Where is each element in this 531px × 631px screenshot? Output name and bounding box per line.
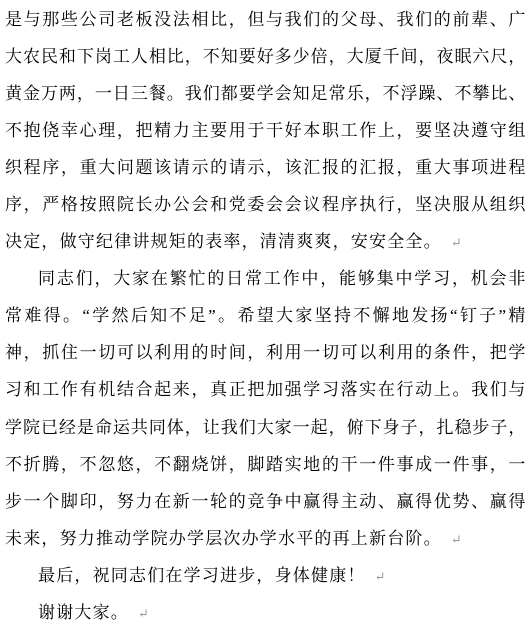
text-line: 不抱侥幸心理，把精力主要用于干好本职工作上，要坚决遵守组	[5, 112, 526, 149]
text-line: 未来，努力推动学院办学层次办学水平的再上新台阶。↵	[5, 520, 526, 557]
text-line: 习和工作有机结合起来，真正把加强学习落实在行动上。我们与	[5, 371, 526, 408]
paragraph-mark-icon: ↵	[451, 532, 462, 547]
document-page: 是与那些公司老板没法相比，但与我们的父母、我们的前辈、广大农民和下岗工人相比，不…	[0, 0, 531, 631]
text-line: 织程序，重大问题该请示的请示，该汇报的汇报，重大事项进程	[5, 149, 526, 186]
text-line: 学院已经是命运共同体，让我们大家一起，俯下身子，扎稳步子，	[5, 409, 526, 446]
paragraph-mark-icon: ↵	[451, 235, 462, 250]
paragraph-mark-icon: ↵	[138, 606, 149, 621]
text-line: 步一个脚印，努力在新一轮的竞争中赢得主动、赢得优势、赢得	[5, 483, 526, 520]
text-line: 常难得。“学然后知不足”。希望大家坚持不懈地发扬“钉子”精	[5, 297, 526, 334]
paragraph-mark-icon: ↵	[375, 569, 386, 584]
text-line: 不折腾，不忽悠，不翻烧饼，脚踏实地的干一件事成一件事，一	[5, 446, 526, 483]
text-line: 是与那些公司老板没法相比，但与我们的父母、我们的前辈、广	[5, 1, 526, 38]
text-line: 黄金万两，一日三餐。我们都要学会知足常乐，不浮躁、不攀比、	[5, 75, 526, 112]
text-line: 最后，祝同志们在学习进步，身体健康！↵	[5, 557, 526, 594]
text-line: 同志们，大家在繁忙的日常工作中，能够集中学习，机会非	[5, 260, 526, 297]
text-line: 谢谢大家。↵	[5, 594, 526, 631]
text-line: 决定，做守纪律讲规矩的表率，清清爽爽，安安全全。↵	[5, 223, 526, 260]
text-line: 神，抓住一切可以利用的时间，利用一切可以利用的条件，把学	[5, 334, 526, 371]
text-line: 大农民和下岗工人相比，不知要好多少倍，大厦千间，夜眠六尺，	[5, 38, 526, 75]
text-line: 序，严格按照院长办公会和党委会会议程序执行，坚决服从组织	[5, 186, 526, 223]
